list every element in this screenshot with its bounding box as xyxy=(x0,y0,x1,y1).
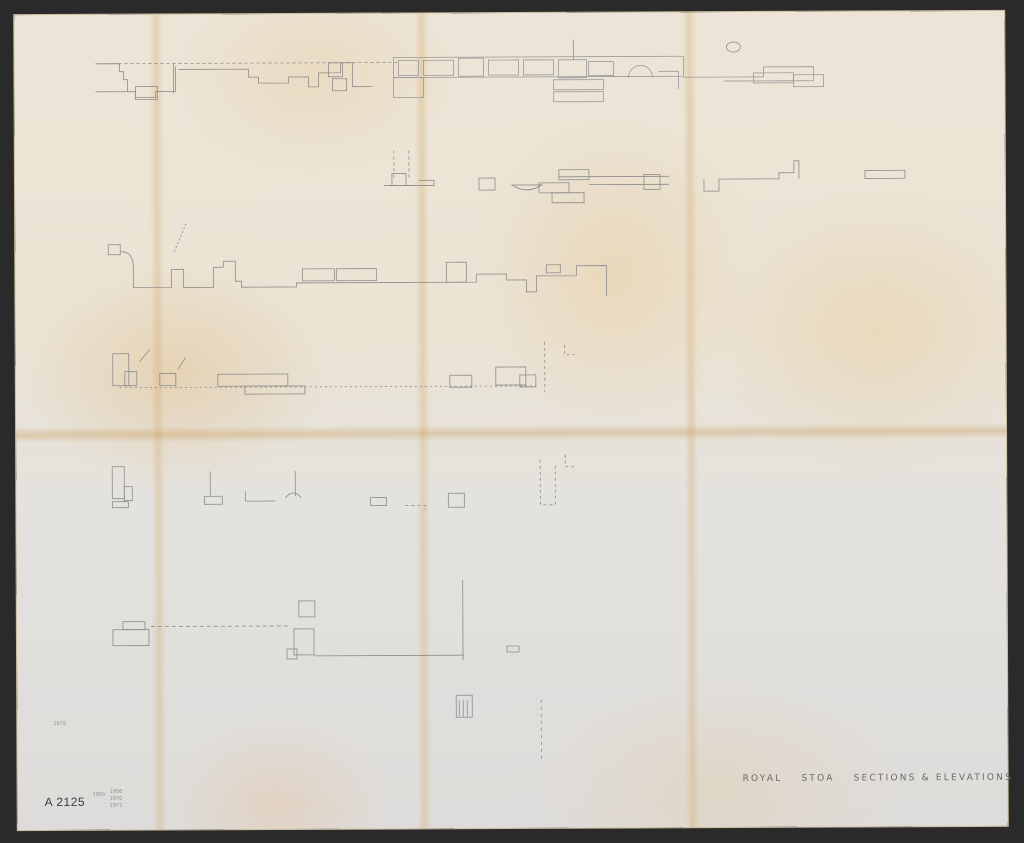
section-row-2 xyxy=(384,148,905,203)
title-building: STOA xyxy=(801,774,834,784)
margin-note: 1971 xyxy=(110,803,123,809)
title-description: SECTIONS & ELEVATIONS xyxy=(854,773,1013,784)
title-subject: ROYAL xyxy=(743,774,783,784)
margin-note: 1956 xyxy=(110,789,123,795)
catalog-number: A 2125 xyxy=(45,795,85,809)
margin-note: 1955 xyxy=(93,792,106,798)
section-row-6 xyxy=(113,580,542,762)
drawing-sheet: 1975 1955 1956 1970 1971 A 2125 ROYAL ST… xyxy=(14,11,1008,830)
section-row-1 xyxy=(95,39,823,104)
section-row-5 xyxy=(112,455,575,512)
margin-note: 1970 xyxy=(110,796,123,802)
pencil-sections xyxy=(14,11,1008,830)
section-row-4 xyxy=(113,342,575,395)
title-block: ROYAL STOA SECTIONS & ELEVATIONS xyxy=(743,773,1024,784)
section-row-3 xyxy=(108,222,606,298)
corner-note: 1975 xyxy=(53,721,66,727)
